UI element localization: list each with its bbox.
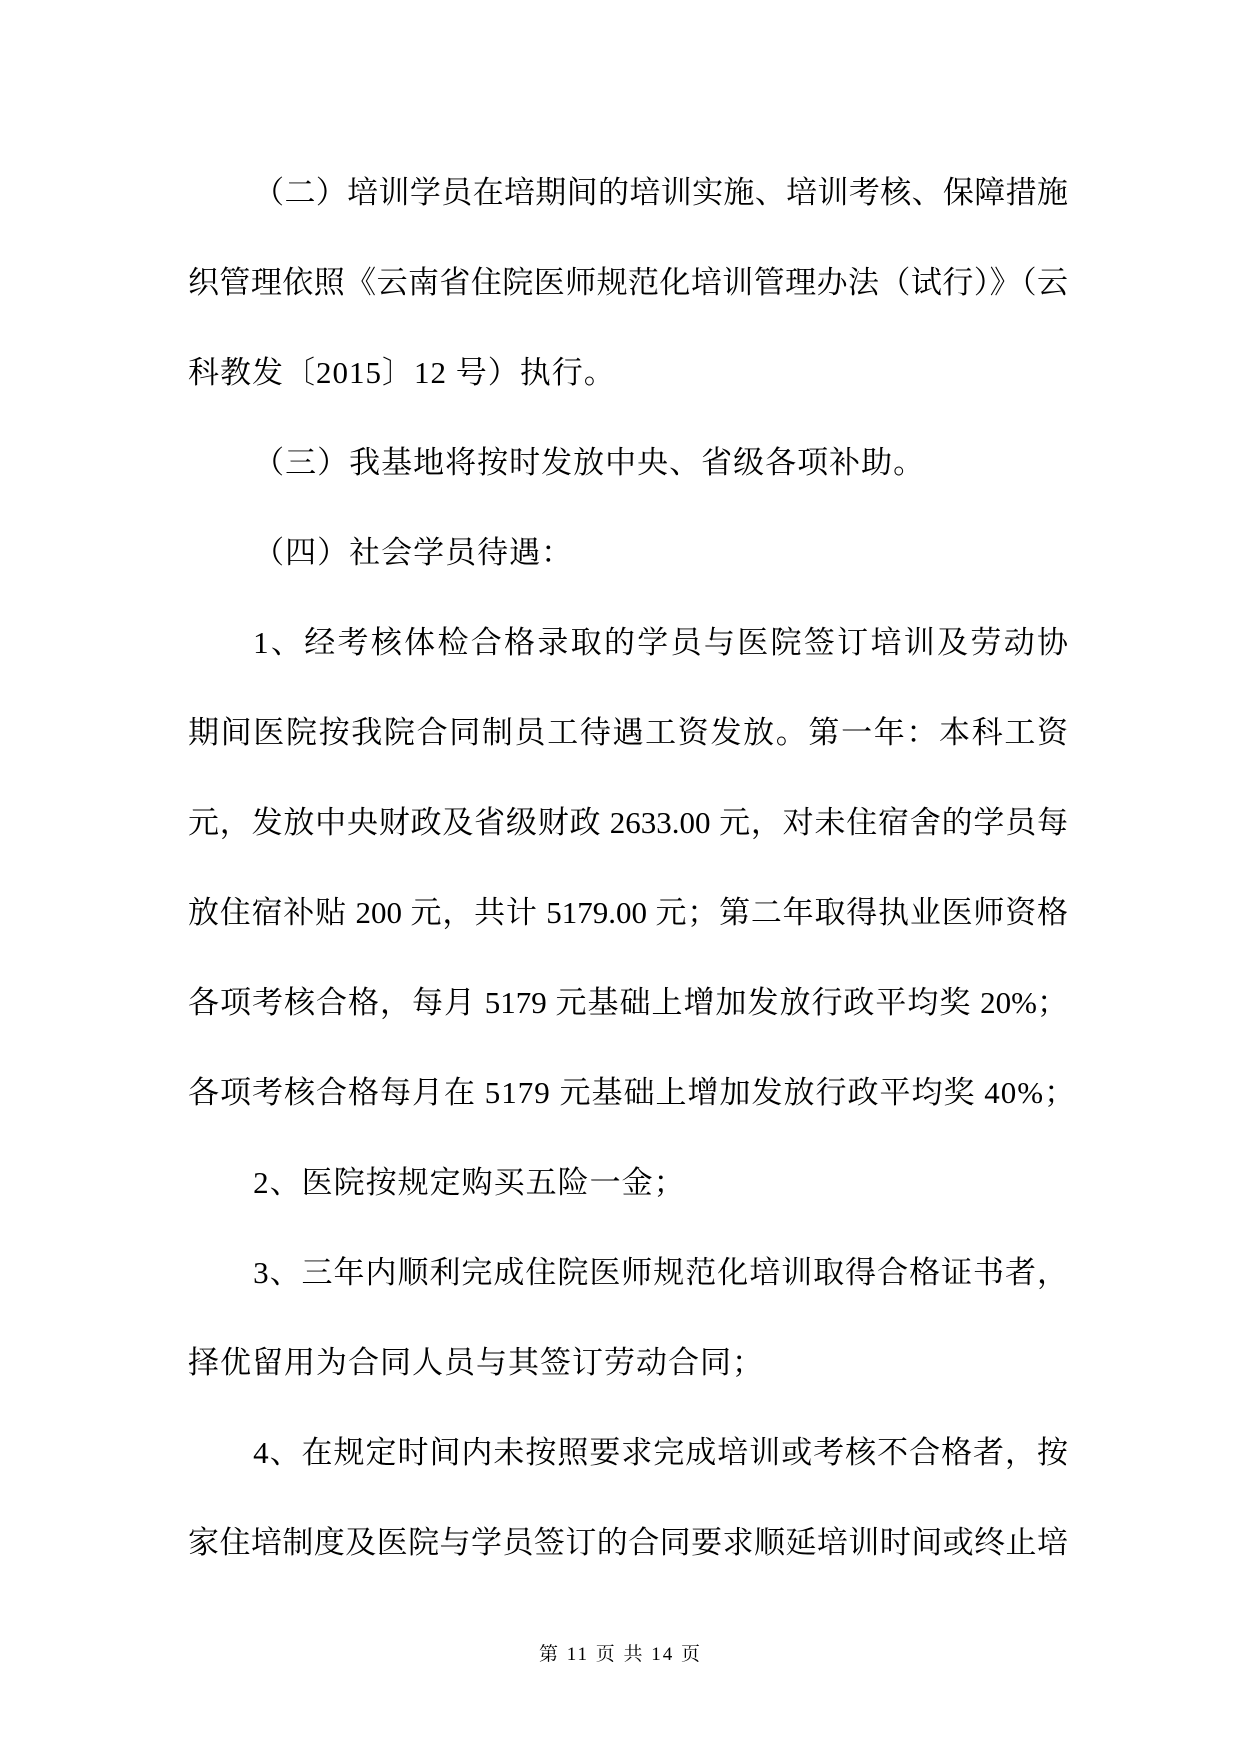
document-body: （二）培训学员在培期间的培训实施、培训考核、保障措施等组 织管理依照《云南省住院… bbox=[188, 148, 1068, 1588]
text-line: 各项考核合格每月在 5179 元基础上增加发放行政平均奖 40%； bbox=[188, 1048, 1068, 1138]
text-line: 科教发〔2015〕12 号）执行。 bbox=[188, 328, 1068, 418]
text-line: 各项考核合格，每月 5179 元基础上增加发放行政平均奖 20%；第三年 bbox=[188, 958, 1068, 1048]
text-line: 元，发放中央财政及省级财政 2633.00 元，对未住宿舍的学员每月发 bbox=[188, 778, 1068, 868]
text-line: （三）我基地将按时发放中央、省级各项补助。 bbox=[188, 418, 1068, 508]
text-line: 家住培制度及医院与学员签订的合同要求顺延培训时间或终止培 bbox=[188, 1498, 1068, 1588]
text-line: 期间医院按我院合同制员工待遇工资发放。第一年：本科工资 2346.00 bbox=[188, 688, 1068, 778]
text-line: （二）培训学员在培期间的培训实施、培训考核、保障措施等组 bbox=[188, 148, 1068, 238]
text-line: 1、经考核体检合格录取的学员与医院签订培训及劳动协议，培训 bbox=[188, 598, 1068, 688]
page-footer: 第 11 页 共 14 页 bbox=[0, 1642, 1241, 1668]
text-line: 放住宿补贴 200 元，共计 5179.00 元；第二年取得执业医师资格人员， bbox=[188, 868, 1068, 958]
text-line: （四）社会学员待遇： bbox=[188, 508, 1068, 598]
text-line: 织管理依照《云南省住院医师规范化培训管理办法（试行）》（云卫 bbox=[188, 238, 1068, 328]
document-page: （二）培训学员在培期间的培训实施、培训考核、保障措施等组 织管理依照《云南省住院… bbox=[0, 0, 1241, 1754]
text-line: 3、三年内顺利完成住院医师规范化培训取得合格证书者，医院将 bbox=[188, 1228, 1068, 1318]
text-line: 4、在规定时间内未按照要求完成培训或考核不合格者，按国 bbox=[188, 1408, 1068, 1498]
page-number-text: 第 11 页 共 14 页 bbox=[539, 1644, 702, 1665]
text-line: 择优留用为合同人员与其签订劳动合同； bbox=[188, 1318, 1068, 1408]
text-line: 2、医院按规定购买五险一金； bbox=[188, 1138, 1068, 1228]
